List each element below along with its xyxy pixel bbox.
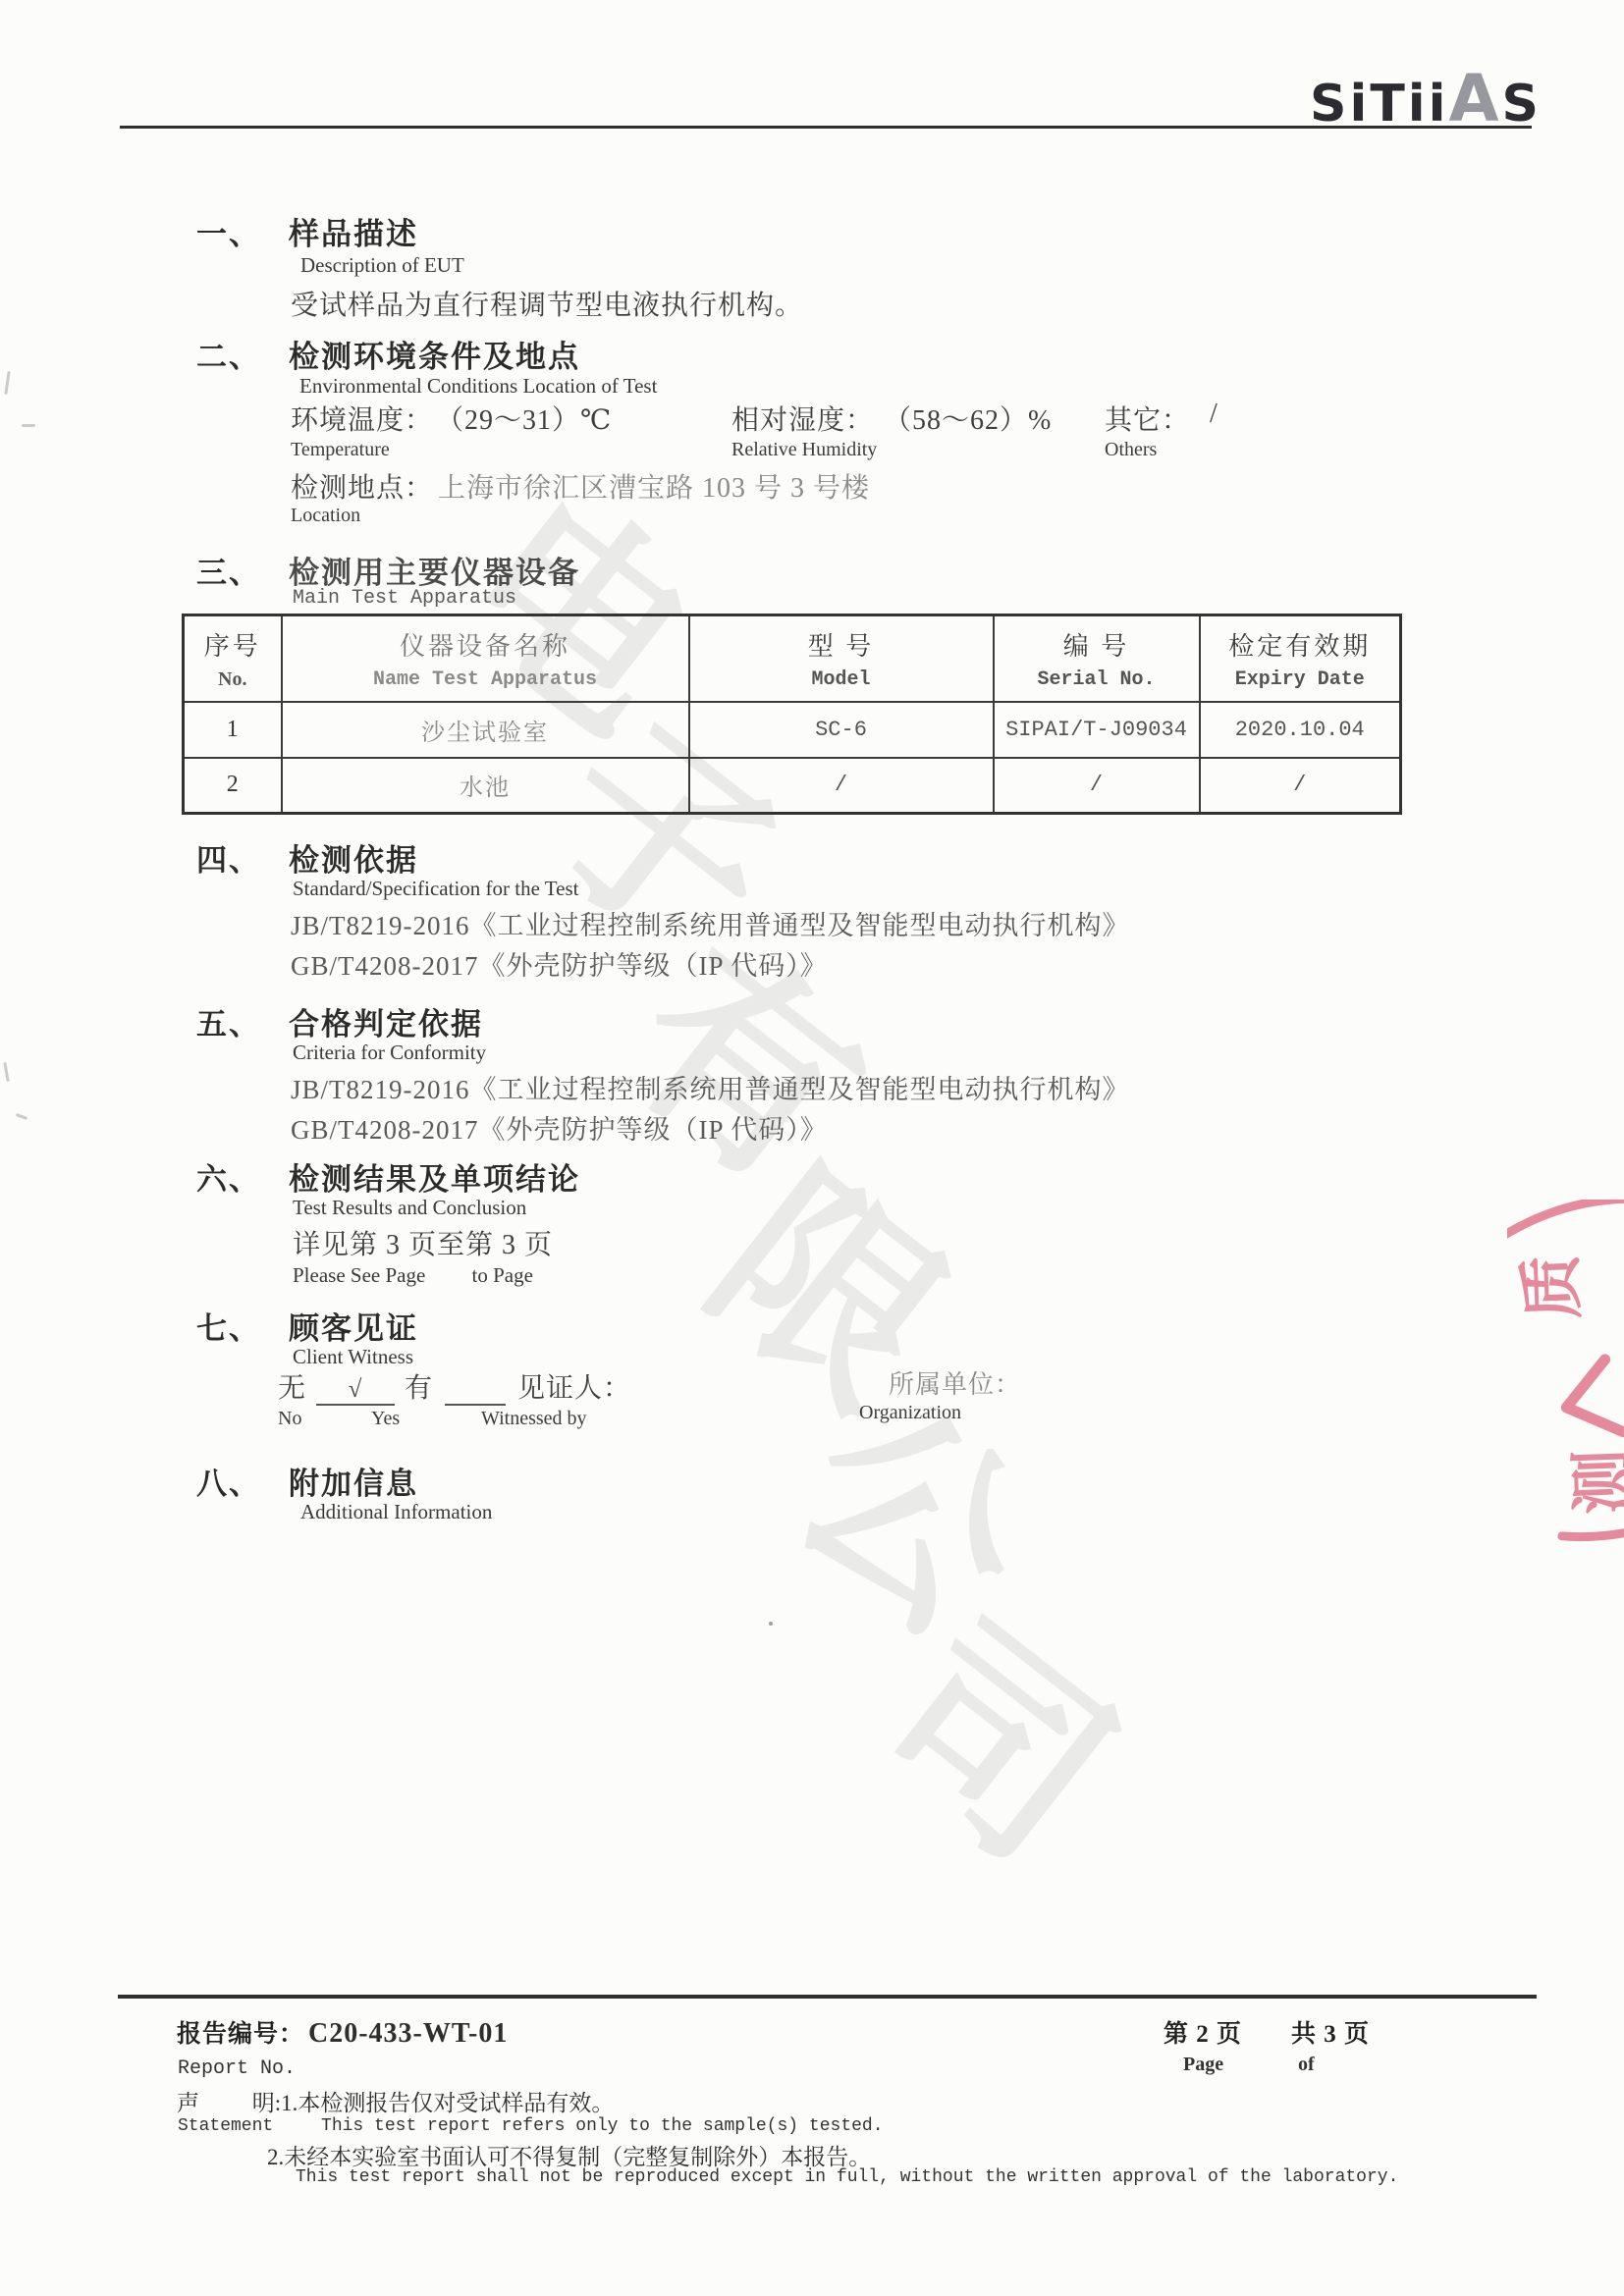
witness-no-checkmark: √ (316, 1376, 395, 1406)
section-title: 检测用主要仪器设备 (289, 556, 580, 590)
witness-no-label: 无 (278, 1373, 306, 1404)
witnessed-by-label: 见证人： (517, 1373, 631, 1404)
humidity-label: 相对湿度： (731, 399, 874, 438)
environment-row: 环境温度： （29～31）℃ 相对湿度： （58～62）% 其它： / (291, 399, 1420, 438)
location-label: 检测地点： (291, 466, 433, 506)
stamp-character: 测 (1567, 1448, 1624, 1516)
report-number-en: Report No. (178, 2057, 296, 2080)
section-5-subtitle: Criteria for Conformity (293, 1041, 486, 1065)
header-model-en: Model (690, 668, 993, 691)
stamp-character: 质 (1516, 1254, 1590, 1321)
witness-no-en: No (278, 1408, 301, 1430)
see-page-en-1: Please See Page (293, 1263, 425, 1287)
section-title: 检测依据 (289, 843, 418, 878)
header-rule (120, 126, 1532, 129)
location-en: Location (291, 505, 360, 527)
standard-line-1: JB/T8219-2016《工业过程控制系统用普通型及智能型电动执行机构》 (291, 904, 1130, 942)
header-expiry-en: Expiry Date (1201, 668, 1400, 691)
section-2-heading: 二、检测环境条件及地点 (196, 332, 580, 376)
apparatus-row-1: 1 沙尘试验室 SC-6 SIPAI/T-J09034 2020.10.04 (184, 702, 1401, 758)
scan-artifact (769, 1622, 773, 1626)
standard-line-2: GB/T4208-2017《外壳防护等级（IP 代码）》 (291, 944, 828, 983)
apparatus-table-header-row: 序号 No. 仪器设备名称 Name Test Apparatus 型 号 Mo… (184, 615, 1401, 702)
organization-label: 所属单位： (889, 1364, 1021, 1401)
header-expiry-zh: 检定有效期 (1201, 626, 1400, 663)
row1-name: 沙尘试验室 (282, 702, 689, 758)
page-total-en: of (1298, 2054, 1315, 2076)
section-number: 三、 (196, 556, 261, 590)
see-page-en-2: to Page (472, 1263, 533, 1287)
header-serial-en: Serial No. (995, 668, 1199, 691)
statement-text-en-1: This test report refers only to the samp… (321, 2116, 884, 2136)
page-total-zh: 共 3 页 (1291, 2014, 1370, 2050)
header-serial: 编 号 Serial No. (994, 615, 1200, 702)
section-6-subtitle: Test Results and Conclusion (293, 1196, 526, 1220)
section-2-subtitle: Environmental Conditions Location of Tes… (299, 374, 657, 399)
section-8-heading: 八、附加信息 (196, 1459, 418, 1503)
others-label: 其它： (1105, 399, 1190, 438)
organization-en: Organization (859, 1402, 961, 1424)
section-title: 顾客见证 (289, 1311, 418, 1346)
section-number: 五、 (196, 1007, 261, 1041)
section-number: 一、 (196, 217, 261, 251)
eut-description: 受试样品为直行程调节型电液执行机构。 (291, 284, 803, 323)
section-number: 七、 (196, 1311, 261, 1346)
statement-zh-line1: 声 明:1.本检测报告仅对受试样品有效。 (177, 2085, 614, 2117)
row1-expiry: 2020.10.04 (1200, 702, 1401, 758)
row2-model: / (689, 758, 994, 814)
witness-yes-en: Yes (371, 1408, 400, 1430)
scan-artifact (4, 371, 10, 395)
page-number-en: Page (1183, 2054, 1223, 2076)
humidity-en: Relative Humidity (731, 439, 877, 461)
statement-en-line1: Statement This test report refers only t… (178, 2116, 884, 2136)
section-title: 检测结果及单项结论 (289, 1162, 580, 1197)
header-name: 仪器设备名称 Name Test Apparatus (282, 615, 689, 702)
statement-text-zh-1: 1.本检测报告仅对受试样品有效。 (281, 2091, 614, 2115)
scanned-report-page: 电 子 有 限 公 司 质 测 SiTiiAS 一、样品描述 Descripti… (0, 0, 1624, 2296)
apparatus-table: 序号 No. 仪器设备名称 Name Test Apparatus 型 号 Mo… (182, 614, 1402, 815)
section-number: 六、 (196, 1162, 261, 1197)
section-number: 四、 (196, 843, 261, 878)
others-value: / (1210, 399, 1218, 430)
section-4-subtitle: Standard/Specification for the Test (293, 877, 578, 901)
section-4-heading: 四、检测依据 (196, 835, 418, 880)
others-en: Others (1105, 439, 1157, 461)
scan-artifact (3, 1062, 9, 1082)
page-number-zh: 第 2 页 (1164, 2014, 1242, 2050)
stamp-chevron (1557, 1360, 1623, 1444)
logo-text: SiTii (1310, 75, 1448, 133)
header-serial-zh: 编 号 (995, 626, 1199, 663)
statement-label-zh-2: 明: (252, 2091, 281, 2115)
header-expiry: 检定有效期 Expiry Date (1200, 615, 1401, 702)
temperature-value: （29～31）℃ (436, 399, 612, 438)
report-number-line: 报告编号： C20-433-WT-01 (177, 2014, 508, 2050)
humidity-value: （58～62）% (884, 399, 1052, 438)
row2-expiry: / (1200, 758, 1401, 814)
stamp-arc-top (1507, 1200, 1624, 1238)
section-title: 合格判定依据 (289, 1007, 483, 1041)
row2-name: 水池 (282, 758, 689, 814)
statement-label-en: Statement (178, 2116, 273, 2136)
see-page-line: 详见第 3 页至第 3 页 (293, 1223, 553, 1262)
header-no-zh: 序号 (185, 626, 281, 663)
row1-no: 1 (184, 702, 282, 758)
statement-label-zh: 声 (177, 2091, 199, 2115)
header-model-zh: 型 号 (690, 626, 993, 663)
red-stamp: 质 测 (1507, 1200, 1624, 1543)
section-5-heading: 五、合格判定依据 (196, 999, 483, 1043)
section-3-subtitle: Main Test Apparatus (293, 587, 516, 610)
section-1-heading: 一、样品描述 (196, 209, 418, 253)
section-1-subtitle: Description of EUT (300, 253, 464, 278)
section-6-heading: 六、检测结果及单项结论 (196, 1154, 580, 1199)
report-number-value: C20-433-WT-01 (308, 2018, 508, 2049)
temperature-label: 环境温度： (291, 399, 433, 438)
scan-artifact (16, 1113, 27, 1120)
header-name-en: Name Test Apparatus (283, 668, 688, 691)
header-name-zh: 仪器设备名称 (283, 626, 688, 663)
section-title: 检测环境条件及地点 (289, 340, 580, 374)
scan-artifact (22, 424, 35, 427)
location-row: 检测地点： 上海市徐汇区漕宝路 103 号 3 号楼 (291, 466, 1420, 506)
temperature-en: Temperature (291, 439, 390, 461)
section-title: 附加信息 (289, 1467, 418, 1501)
report-number-label: 报告编号： (177, 2021, 304, 2048)
footer-rule (118, 1995, 1537, 1999)
logo-text: S (1502, 75, 1542, 133)
witness-yes-label: 有 (405, 1373, 433, 1404)
witness-row: 无√有见证人： (278, 1366, 631, 1406)
section-8-subtitle: Additional Information (300, 1500, 492, 1524)
header-no: 序号 No. (184, 615, 282, 702)
criteria-line-2: GB/T4208-2017《外壳防护等级（IP 代码）》 (291, 1108, 828, 1147)
row1-model: SC-6 (689, 702, 994, 758)
location-value: 上海市徐汇区漕宝路 103 号 3 号楼 (438, 466, 870, 506)
header-no-en: No. (185, 668, 281, 691)
row2-serial: / (994, 758, 1200, 814)
row1-serial: SIPAI/T-J09034 (994, 702, 1200, 758)
header-model: 型 号 Model (689, 615, 994, 702)
witnessed-by-en: Witnessed by (481, 1408, 587, 1430)
apparatus-row-2: 2 水池 / / / (184, 758, 1401, 814)
row2-no: 2 (184, 758, 282, 814)
section-7-heading: 七、顾客见证 (196, 1304, 418, 1348)
statement-en-line2: This test report shall not be reproduced… (296, 2167, 1398, 2187)
section-3-heading: 三、检测用主要仪器设备 (196, 548, 580, 592)
section-number: 二、 (196, 340, 261, 374)
see-page-en: Please See Page to Page (293, 1263, 533, 1288)
section-title: 样品描述 (289, 217, 418, 251)
section-number: 八、 (196, 1467, 261, 1501)
witness-yes-blank (445, 1374, 506, 1406)
criteria-line-1: JB/T8219-2016《工业过程控制系统用普通型及智能型电动执行机构》 (291, 1068, 1130, 1106)
